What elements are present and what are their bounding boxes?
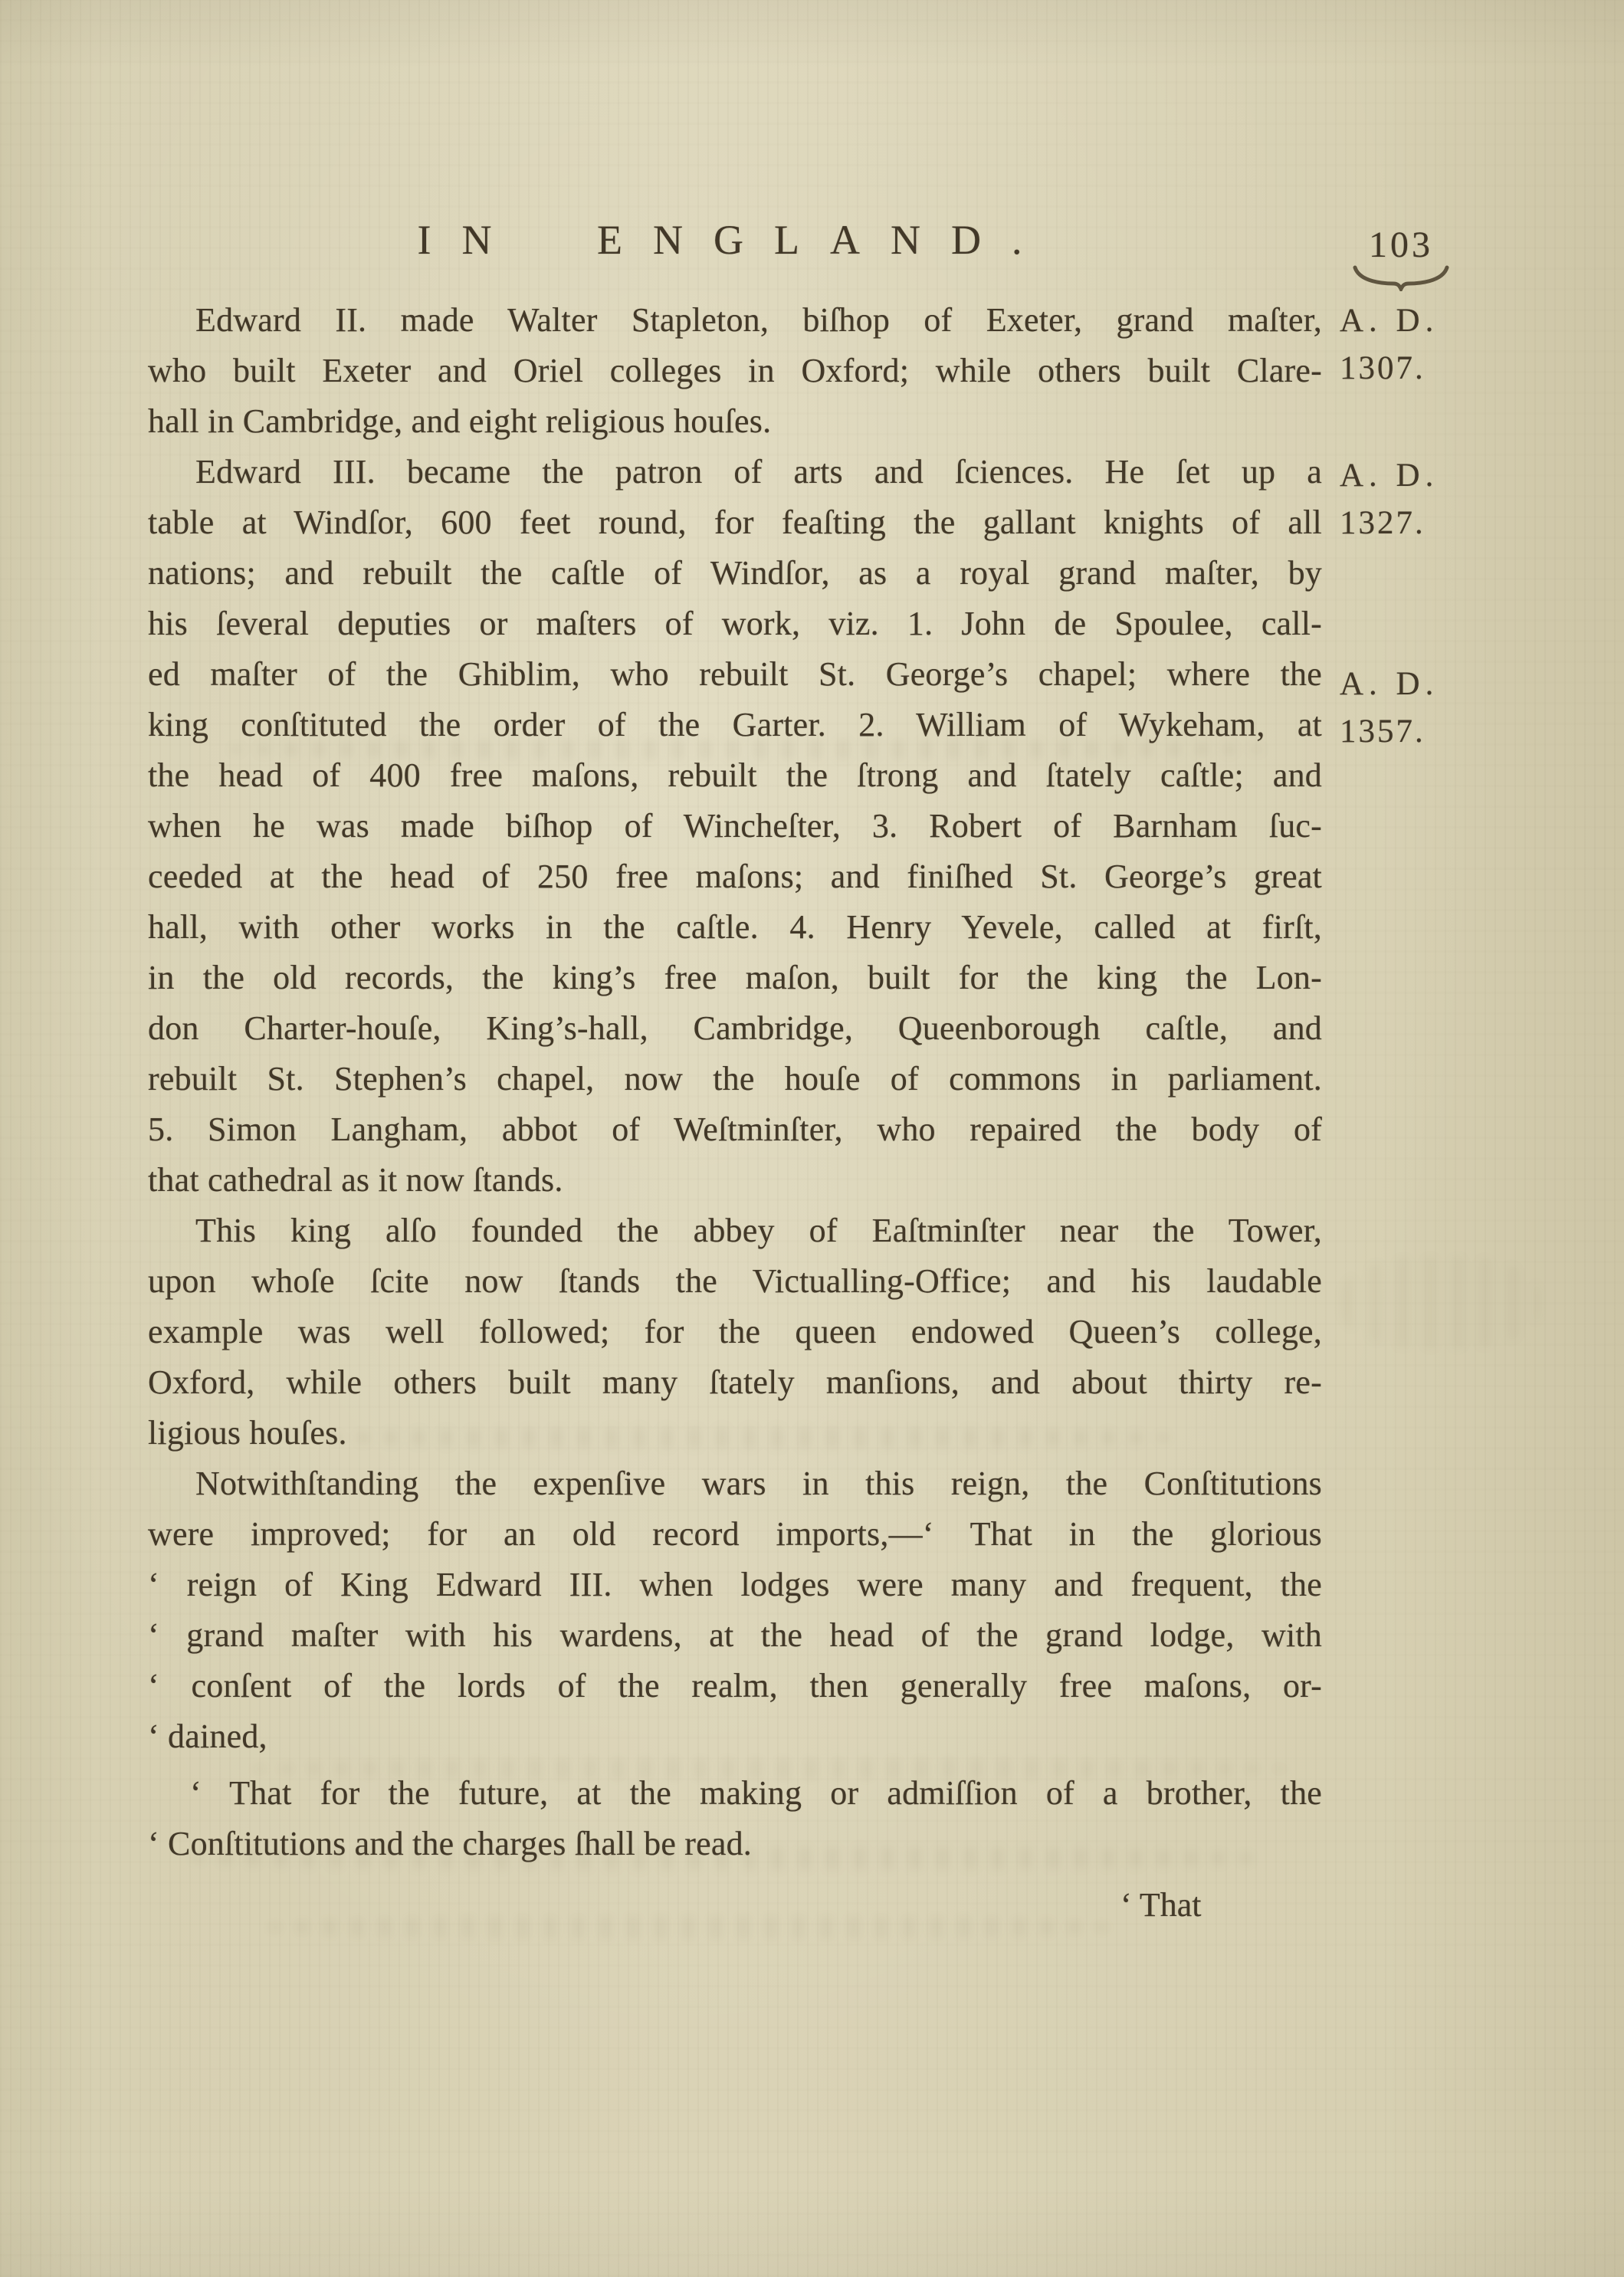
text-line: ‘ dained, [148, 1711, 1322, 1762]
margin-note-year: 1327. [1340, 500, 1470, 547]
running-header: IN ENGLAND. [148, 216, 1322, 264]
margin-note-1327: A. D. 1327. [1340, 452, 1470, 547]
text-line: example was well followed; for the queen… [148, 1307, 1322, 1357]
catchword: ‘ That [1120, 1885, 1202, 1924]
paragraph: Notwithſtanding the expenſive wars in th… [148, 1458, 1322, 1762]
paragraph: ‘ That for the future, at the making or … [148, 1768, 1322, 1869]
text-line: upon whoſe ſcite now ſtands the Victuall… [148, 1256, 1322, 1307]
text-line: king conſtituted the order of the Garter… [148, 700, 1322, 750]
text-line: ‘ grand maſter with his wardens, at the … [148, 1610, 1322, 1661]
margin-note-era: A. D. [1340, 661, 1470, 708]
paragraph: This king alſo founded the abbey of Eaſt… [148, 1206, 1322, 1458]
text-line: rebuilt St. Stephen’s chapel, now the ho… [148, 1054, 1322, 1104]
text-line: 5. Simon Langham, abbot of Weſtminſter, … [148, 1104, 1322, 1155]
text-line: hall in Cambridge, and eight religious h… [148, 396, 1322, 447]
text-line: ‘ conſent of the lords of the realm, the… [148, 1661, 1322, 1711]
text-line: when he was made biſhop of Wincheſter, 3… [148, 801, 1322, 851]
text-line: ed maſter of the Ghiblim, who rebuilt St… [148, 649, 1322, 700]
text-line: Edward II. made Walter Stapleton, biſhop… [148, 295, 1322, 346]
text-line: Edward III. became the patron of arts an… [148, 447, 1322, 497]
text-line: nations; and rebuilt the caſtle of Windſ… [148, 548, 1322, 599]
margin-note-era: A. D. [1340, 452, 1470, 500]
text-line: who built Exeter and Oriel colleges in O… [148, 346, 1322, 396]
margin-note-1357: A. D. 1357. [1340, 661, 1470, 756]
text-line: the head of 400 free maſons, rebuilt the… [148, 750, 1322, 801]
paragraph: Edward II. made Walter Stapleton, biſhop… [148, 295, 1322, 447]
text-line: This king alſo founded the abbey of Eaſt… [148, 1206, 1322, 1256]
text-line: his ſeveral deputies or maſters of work,… [148, 599, 1322, 649]
bleedthrough-smudge [1341, 1257, 1540, 1349]
text-line: were improved; for an old record imports… [148, 1509, 1322, 1560]
page-number: 103 [1340, 224, 1462, 266]
bleedthrough-smudge [268, 1916, 1111, 1939]
text-line: ceeded at the head of 250 free maſons; a… [148, 851, 1322, 902]
margin-note-year: 1307. [1340, 345, 1470, 392]
margin-note-1307: A. D. 1307. [1340, 297, 1470, 392]
margin-note-year: 1357. [1340, 708, 1470, 756]
book-page-scan: { "page": { "running_header": "IN ENGLAN… [0, 0, 1624, 2277]
text-line: ‘ Conſtitutions and the charges ſhall be… [148, 1819, 1322, 1869]
text-line: ligious houſes. [148, 1408, 1322, 1458]
paragraph: Edward III. became the patron of arts an… [148, 447, 1322, 1206]
text-line: table at Windſor, 600 feet round, for fe… [148, 497, 1322, 548]
margin-note-era: A. D. [1340, 297, 1470, 345]
text-line: ‘ That for the future, at the making or … [148, 1768, 1322, 1819]
text-line: hall, with other works in the caſtle. 4.… [148, 902, 1322, 953]
text-line: Oxford, while others built many ſtately … [148, 1357, 1322, 1408]
text-line: ‘ reign of King Edward III. when lodges … [148, 1560, 1322, 1610]
text-line: in the old records, the king’s free maſo… [148, 953, 1322, 1003]
text-line: that cathedral as it now ſtands. [148, 1155, 1322, 1206]
text-line: Notwithſtanding the expenſive wars in th… [148, 1458, 1322, 1509]
underbrace-flourish [1350, 264, 1452, 291]
text-line: don Charter-houſe, King’s-hall, Cambridg… [148, 1003, 1322, 1054]
